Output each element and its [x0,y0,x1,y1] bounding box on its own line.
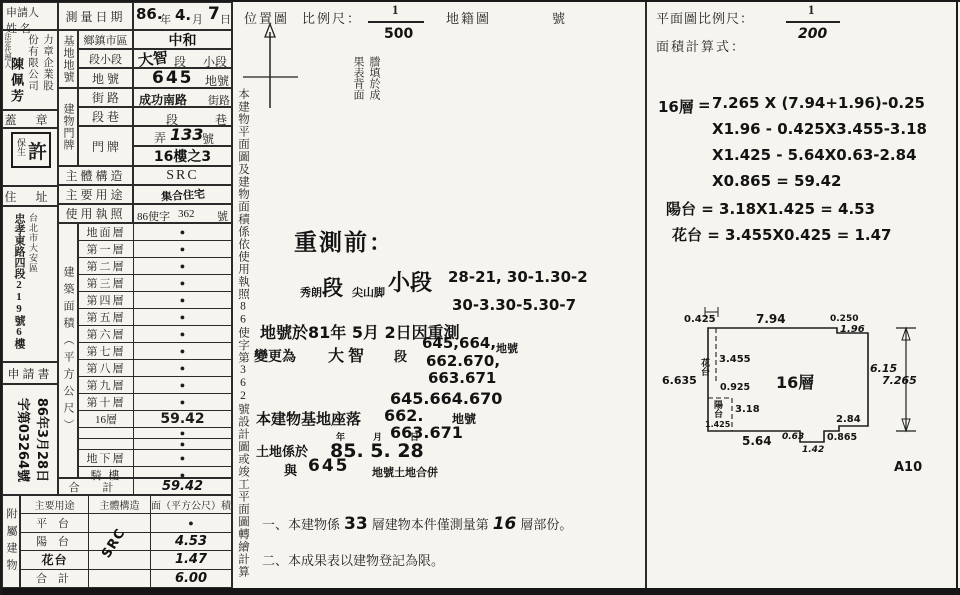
dim-0925: 0.925 [720,382,750,393]
attach-usage: 平 台 [21,514,89,532]
new-section-unit: 段 [394,346,407,365]
attach-area: ● [151,514,231,532]
attachment-table: 主要用途 主體構造 面（平方公尺）積 平 台 ● 陽 台 4.53 花台 1.4… [20,495,232,588]
seal-area-cell: 保生 許 [2,128,58,186]
section-value-cell: 大智 段 小段 [133,49,232,68]
calc-eq: = [698,96,711,114]
location-scale-den: 500 [384,26,413,42]
area-total-value: 59.42 [134,479,231,494]
floor-label: 第六層 [79,326,134,342]
old-section-pre: 秀朗 [300,284,322,300]
table-row: ● [79,427,231,438]
street-label-cell: 街 路 [78,88,133,107]
survey-date-label: 測量日期 [65,8,125,25]
plate-value2-cell: 16樓之3 [133,146,232,166]
applicant-name-label-cell: 申請人 姓 名 [2,2,58,30]
address-text: 台北市大安區 忠孝東路四段219號6樓 [11,213,40,359]
location-scale-label: 比例尺： [302,8,362,27]
floor-label: 第四層 [79,292,134,308]
note1-floors: 33 [344,514,368,534]
plate-value-2: 16樓之3 [154,146,211,166]
lane-value-cell: 段 巷 [133,107,232,126]
license-label-cell: 使用執照 [58,204,133,223]
company-col2: 份有限公司 [25,34,40,108]
survey-date-label-cell: 測量日期 [58,2,133,30]
survey-day: 7 [208,4,220,24]
floor-value: ● [134,377,231,393]
application-label: 申請書 [7,365,52,382]
floor-value: ● [134,258,231,274]
applicant-person-name: 陳佩芳 [6,57,25,109]
flower-box-label: 花台 [698,358,711,376]
applicant-box: 法定代理人 力章企業股 份有限公司 陳佩芳 [2,30,58,110]
floor-value: ● [134,224,231,240]
stamp-number: 字第03264號 [15,388,34,492]
merge-with: 與 [284,460,297,479]
table-row: 地面層● [79,224,231,240]
floor-16-area-value: 59.42 [134,411,231,427]
survey-form-sheet: 申請人 姓 名 測量日期 86. 年 4. 月 7 日 法定代理人 力章企業股 … [0,0,960,595]
door-group-cell: 建物門牌 [58,88,78,166]
area-total-row: 合 計 59.42 [58,478,232,495]
merge-lot: 645 [308,456,350,476]
col-area: 面（平方公尺）積 [151,496,231,513]
right-border [956,0,958,595]
survey-month: 4. [175,6,191,24]
district-value: 中和 [169,30,197,50]
new-lots-1: 645,664, [422,334,496,352]
floor-label: 第五層 [79,309,134,325]
structure-label-cell: 主體構造 [58,166,133,185]
lane-label: 段 巷 [92,108,119,125]
location-scale-num: 1 [392,2,399,18]
old-subsection-seg: 小段 [388,266,432,297]
table-row: 第六層● [79,325,231,342]
back-note-col1: 謄填於成 [366,56,382,124]
license-pre: 86使字 [137,208,170,224]
plan-ref-a10: A10 [894,460,922,475]
address-col1: 台北市大安區 [27,213,40,359]
address-box: 台北市大安區 忠孝東路四段219號6樓 [2,206,58,362]
survey-month-unit: 月 [192,11,203,27]
table-row: 地下層● [79,449,231,466]
attach-usage: 花台 [21,551,89,569]
attach-area: 4.53 [151,533,231,551]
plate-num: 133 [170,125,203,144]
balcony-label: 陽台 [711,400,724,418]
cadastral-map-label: 地籍圖 [446,8,491,27]
floor-label [79,428,134,438]
street-label: 街 路 [92,89,119,106]
license-label: 使用執照 [65,205,125,222]
back-note: 謄填於成 果表背面 [350,56,382,124]
plate-pre: 弄 [154,129,166,146]
dim-063: 0.63 [782,432,804,442]
change-pre: 變更為 [254,346,296,366]
company-name: 力章企業股 份有限公司 [25,34,55,108]
lot-value: 645 [152,68,194,88]
new-lots-2: 662.670, [426,352,500,370]
floor-value: ● [134,275,231,291]
plate-label-cell: 門 牌 [78,126,133,166]
address-label: 住 址 [4,188,55,205]
attach-area: 1.47 [151,551,231,569]
north-arrow-icon [240,22,300,112]
dim-7265: 7.265 [882,374,917,387]
attachment-header-row: 主要用途 主體構造 面（平方公尺）積 [21,496,231,513]
address-col2: 忠孝東路四段219號6樓 [11,213,27,359]
seal-label-cell: 蓋 章 [2,110,58,128]
structure-value-cell: SRC [133,166,232,185]
scale-fraction-line [368,21,424,23]
calc-balcony: 陽台 = 3.18X1.425 = 4.53 [666,198,875,219]
attach-structure [89,551,151,569]
survey-year: 86. [136,5,163,23]
floor-label: 第八層 [79,360,134,376]
lane-label-cell: 段 巷 [78,107,133,126]
calc-floor: 16層 [658,96,694,117]
calc-line-2: X1.96 - 0.425X3.455-3.18 [712,120,927,138]
license-number: 362 [178,208,195,220]
table-row: 第二層● [79,257,231,274]
area-total-label: 合 計 [59,479,134,494]
license-unit: 號 [217,208,228,224]
floor-label: 地下層 [79,450,134,466]
license-value-cell: 86使字 362 號 [133,204,232,223]
retest-title: 重測前： [294,224,394,257]
floor-value: ● [134,439,231,449]
table-row: 第十層● [79,393,231,410]
dim-0865: 0.865 [827,432,857,443]
application-stamp-box: 86年3月28日 字第03264號 [2,384,58,495]
dim-0250: 0.250 [830,314,858,324]
personal-seal-stamp: 保生 許 [11,132,51,168]
plan-scale-label: 平面圖比例尺： [656,8,754,27]
company-col1: 力章企業股 [40,34,55,108]
table-row: 第九層● [79,376,231,393]
note1-tail: 層部份。 [520,517,572,532]
floor-plan: 0.425 7.94 0.250 1.96 3.455 花台 0.925 6.6… [648,276,956,526]
floor-label [79,439,134,449]
bottom-scan-bar [0,588,960,595]
stamp-date: 86年3月28日 [34,388,53,492]
col-usage: 主要用途 [21,496,89,513]
attach-area: 6.00 [151,570,231,588]
seal-small-chars: 保生 [15,138,28,162]
dim-318: 3.18 [735,404,760,415]
col-structure: 主體構造 [89,496,151,513]
area-group-label: 建築面積（平方公尺） [60,266,76,436]
calc-line-1: 7.265 X (7.94+1.96)-0.25 [712,94,925,112]
plan-scale-den: 200 [798,26,827,42]
survey-day-unit: 日 [220,11,231,27]
plan-scale-num: 1 [808,2,815,18]
dim-794: 7.94 [756,312,786,326]
floor-value: ● [134,241,231,257]
attachment-group-label: 附屬建物 [3,508,19,576]
note1-pre: 一、本建物係 [262,517,340,532]
floor-value: ● [134,292,231,308]
note1-mid: 層建物本件僅測量第 [372,517,489,532]
plan-scale-line [786,21,840,23]
old-section-seg: 段 [322,272,343,302]
application-label-cell: 申請書 [2,362,58,384]
floor-label: 第三層 [79,275,134,291]
plate-value1-cell: 弄 133 號 [133,126,232,146]
floor-label: 第十層 [79,394,134,410]
merge-tail: 地號土地合併 [372,464,438,480]
survey-date-value-cell: 86. 年 4. 月 7 日 [133,2,232,30]
table-row: 第一層● [79,240,231,257]
site-group-label: 基地地號 [60,35,76,83]
floors-table: 地面層● 第一層● 第二層● 第三層● 第四層● 第五層● 第六層● 第七層● … [78,223,232,478]
dim-142: 1.42 [802,445,824,455]
district-value-cell: 中和 [133,30,232,49]
section-label-cell: 段小段 [78,49,133,68]
site-group-cell: 基地地號 [58,30,78,88]
calc-label: 面積計算式： [656,36,746,55]
back-note-col2: 果表背面 [350,56,366,124]
attachment-group-cell: 附屬建物 [2,495,20,588]
table-row: 第八層● [79,359,231,376]
floor-label: 16層 [79,411,134,427]
survey-year-unit: 年 [160,11,171,27]
street-unit: 街路 [208,92,230,108]
attach-usage: 陽 台 [21,533,89,551]
district-label: 鄉鎮市區 [84,32,128,48]
dim-6635: 6.635 [662,374,697,387]
lot-label: 地 號 [92,70,119,87]
dim-284: 2.84 [836,414,861,425]
room-label: 16層 [776,370,814,393]
door-group-label: 建物門牌 [60,103,76,151]
usage-value-cell: 集合住宅 [133,185,232,204]
note-1: 一、本建物係 33 層建物本件僅測量第 16 層部份。 [262,514,642,534]
table-row: 花台 1.47 [21,550,231,569]
floor-value: ● [134,309,231,325]
new-section: 大智 [328,343,368,366]
seal-big-char: 許 [28,137,47,164]
floor-label: 地面層 [79,224,134,240]
floor-value: ● [134,428,231,438]
usage-value: 集合住宅 [160,185,205,204]
floor-value: ● [134,326,231,342]
usage-label: 主要用途 [65,186,125,203]
dim-3455: 3.455 [719,354,751,365]
floor-label: 第九層 [79,377,134,393]
attach-usage: 合 計 [21,570,89,588]
dim-196: 1.96 [840,324,865,335]
floor-label: 第一層 [79,241,134,257]
merge-pre: 土地係於 [256,441,308,460]
table-row: ● [79,438,231,449]
base-line: 本建物基地座落 [256,408,361,429]
structure-value: SRC [166,168,198,184]
old-lots-1: 28-21, 30-1.30-2 [448,268,588,286]
street-value-cell: 成功南路 街路 [133,88,232,107]
table-row: 第四層● [79,291,231,308]
dim-564: 5.64 [742,434,772,448]
calc-flower: 花台 = 3.455X0.425 = 1.47 [672,224,892,245]
calc-line-3: X1.425 - 5.64X0.63-2.84 [712,146,917,164]
floor-label: 第七層 [79,343,134,359]
note1-target: 16 [493,514,517,534]
application-stamp-text: 86年3月28日 字第03264號 [9,388,53,492]
table-row: 16層59.42 [79,410,231,427]
table-row: 平 台 ● [21,513,231,532]
plate-label: 門 牌 [92,138,119,155]
lot-unit: 地號 [205,72,229,89]
dim-1425: 1.425 [705,420,730,429]
calc-line-4: X0.865 = 59.42 [712,172,841,190]
address-label-cell: 住 址 [2,186,58,206]
floor-value: ● [134,450,231,466]
table-row: 合 計 6.00 [21,569,231,588]
note-2: 二、本成果表以建物登記為限。 [262,550,444,569]
attach-structure [89,570,151,588]
usage-label-cell: 主要用途 [58,185,133,204]
seal-label: 蓋 章 [4,111,55,128]
floor-label: 第二層 [79,258,134,274]
cadastral-map-unit: 號 [552,8,565,27]
old-lots-2: 30-3.30-5.30-7 [452,296,576,314]
middle-side-note: 本建物平面圖及建物面積係依使用執照86使字第362號設計圖或竣工平面圖轉繪計算 [234,88,251,588]
panel-divider-right [645,2,647,588]
table-row: 第三層● [79,274,231,291]
lot-label-cell: 地 號 [78,68,133,88]
street-value: 成功南路 [139,91,187,108]
plate-unit: 號 [202,130,214,147]
table-row: 第七層● [79,342,231,359]
structure-label: 主體構造 [65,167,125,184]
floor-value: ● [134,394,231,410]
lot-value-cell: 645 地號 [133,68,232,88]
area-group-cell: 建築面積（平方公尺） [58,223,78,478]
floor-value: ● [134,360,231,376]
new-lots-3: 663.671 [428,369,496,387]
section-label: 段小段 [89,51,122,67]
dim-0425: 0.425 [684,314,716,325]
floor-value: ● [134,343,231,359]
district-label-cell: 鄉鎮市區 [78,30,133,49]
table-row: 第五層● [79,308,231,325]
old-subsection-pre: 尖山脚 [352,284,385,300]
applicant-name-line1: 申請人 [3,3,57,20]
